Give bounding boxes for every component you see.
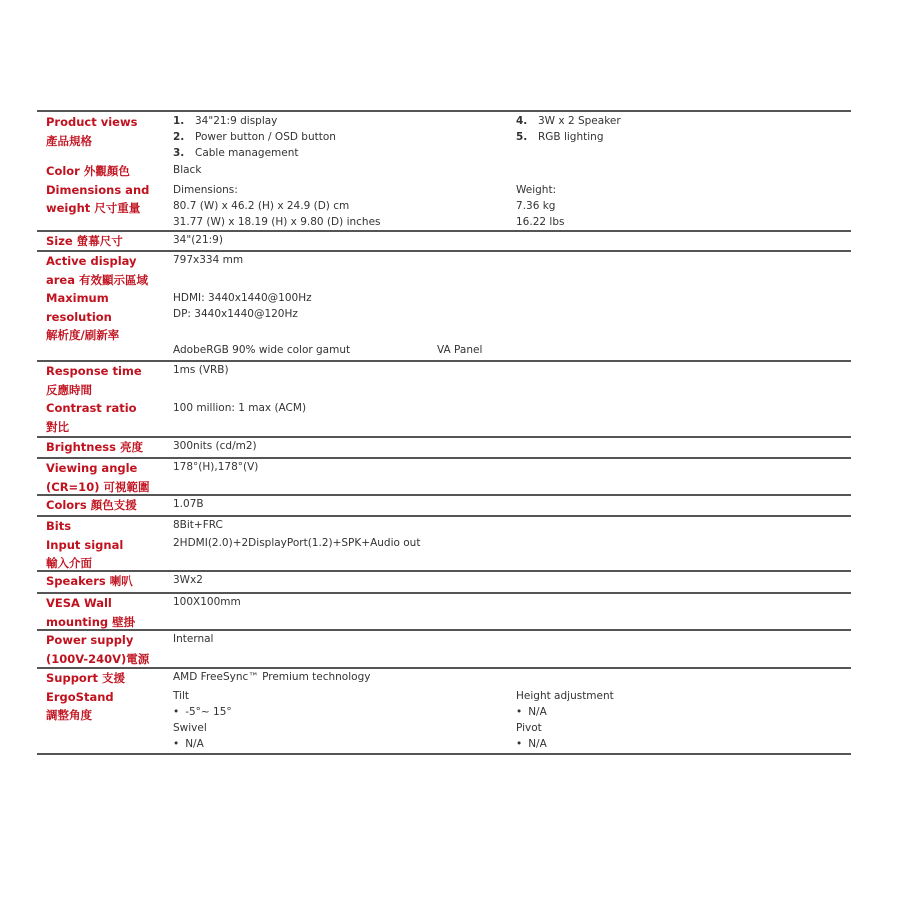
spec-table: Product views 產品規格 Color 外觀顏色 Dimensions… — [37, 110, 851, 755]
response-time-value: 1ms (VRB) — [173, 362, 229, 378]
contrast-value: 100 million: 1 max (ACM) — [173, 400, 306, 416]
brightness-value: 300nits (cd/m2) — [173, 438, 257, 454]
spec-row-bits: Bits Input signal 輸入介面 8Bit+FRC 2HDMI(2.… — [37, 515, 851, 570]
spec-row-colors: Colors 顏色支援 1.07B — [37, 494, 851, 515]
bits-value: 8Bit+FRC — [173, 517, 223, 533]
max-resolution-value: HDMI: 3440x1440@100Hz DP: 3440x1440@120H… — [173, 290, 312, 322]
row-label: Product views 產品規格 Color 外觀顏色 Dimensions… — [46, 113, 166, 218]
row-label: Colors 顏色支援 — [46, 496, 166, 515]
dimensions-value: Dimensions: 80.7 (W) x 46.2 (H) x 24.9 (… — [173, 182, 381, 230]
viewing-angle-value: 178°(H),178°(V) — [173, 459, 258, 475]
row-label: Size 螢幕尺寸 — [46, 232, 166, 251]
row-label: Brightness 亮度 — [46, 438, 166, 457]
spec-row-size: Size 螢幕尺寸 34"(21:9) — [37, 230, 851, 250]
max-resolution-label: Maximum — [46, 289, 166, 308]
active-area-value: 797x334 mm — [173, 252, 243, 268]
ergostand-left: Tilt -5°~ 15° Swivel N/A — [173, 688, 232, 752]
ergostand-right: Height adjustment N/A Pivot N/A — [516, 688, 614, 752]
row-label: Viewing angle (CR=10) 可視範圍 — [46, 459, 166, 496]
size-value: 34"(21:9) — [173, 232, 223, 248]
ergostand-label: ErgoStand — [46, 688, 166, 707]
spec-row-vesa: VESA Wall mounting 壁掛 100X100mm — [37, 592, 851, 629]
weight-value: Weight: 7.36 kg 16.22 lbs — [516, 182, 564, 230]
power-value: Internal — [173, 631, 213, 647]
spec-row-active-display: Active display area 有效顯示區域 Maximum resol… — [37, 250, 851, 360]
row-label: Active display area 有效顯示區域 Maximum resol… — [46, 252, 166, 345]
product-views-list-right: 4.3W x 2 Speaker 5.RGB lighting — [516, 113, 621, 145]
row-label: Speakers 喇叭 — [46, 572, 166, 591]
input-signal-label: Input signal — [46, 536, 166, 555]
row-label: Bits Input signal 輸入介面 — [46, 517, 166, 573]
spec-row-viewing-angle: Viewing angle (CR=10) 可視範圍 178°(H),178°(… — [37, 457, 851, 494]
vesa-value: 100X100mm — [173, 594, 241, 610]
spec-row-response-time: Response time 反應時間 Contrast ratio 對比 1ms… — [37, 360, 851, 436]
color-label: Color 外觀顏色 — [46, 162, 166, 181]
row-label: VESA Wall mounting 壁掛 — [46, 594, 166, 631]
spec-row-power: Power supply (100V-240V)電源 Internal — [37, 629, 851, 667]
spec-row-speakers: Speakers 喇叭 3Wx2 — [37, 570, 851, 592]
dimensions-label: Dimensions and — [46, 181, 166, 200]
contrast-label: Contrast ratio — [46, 399, 166, 418]
spec-row-support: Support 支援 ErgoStand 調整角度 AMD FreeSync™ … — [37, 667, 851, 755]
row-label: Response time 反應時間 Contrast ratio 對比 — [46, 362, 166, 436]
spec-row-product-views: Product views 產品規格 Color 外觀顏色 Dimensions… — [37, 110, 851, 230]
input-signal-value: 2HDMI(2.0)+2DisplayPort(1.2)+SPK+Audio o… — [173, 535, 420, 551]
colors-value: 1.07B — [173, 496, 204, 512]
support-value: AMD FreeSync™ Premium technology — [173, 669, 370, 685]
gamut-value: AdobeRGB 90% wide color gamut — [173, 342, 350, 358]
panel-value: VA Panel — [437, 342, 482, 358]
row-label: Support 支援 ErgoStand 調整角度 — [46, 669, 166, 725]
row-label: Power supply (100V-240V)電源 — [46, 631, 166, 668]
spec-row-brightness: Brightness 亮度 300nits (cd/m2) — [37, 436, 851, 457]
product-views-list-left: 1.34"21:9 display 2.Power button / OSD b… — [173, 113, 336, 161]
color-value: Black — [173, 162, 201, 178]
speakers-value: 3Wx2 — [173, 572, 203, 588]
